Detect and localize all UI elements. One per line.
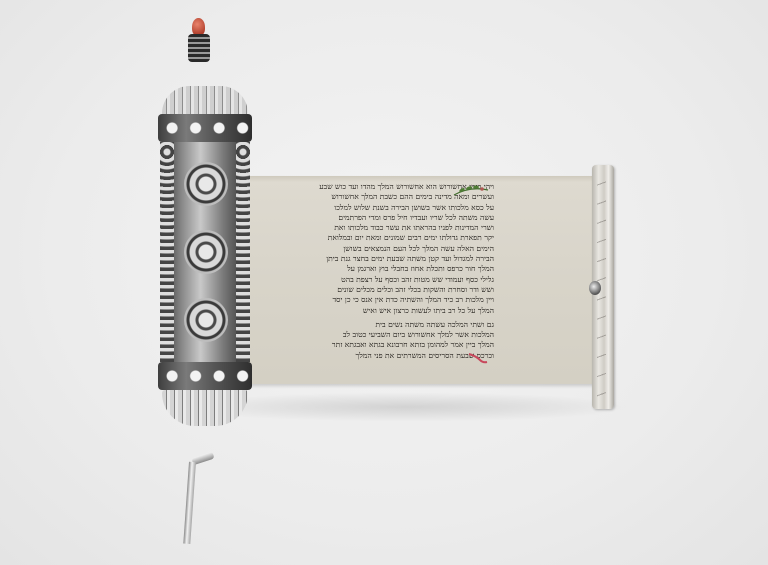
- text-line: ושש ודר וסחרת והשקות בכלי זהב וכלים מכלי…: [254, 285, 494, 295]
- fluted-top-dome: [162, 86, 248, 116]
- left-beaded-strip: [160, 142, 174, 362]
- bottom-decorative-band: [158, 362, 252, 390]
- text-line: המלך ביין אמר למהומן בזתא חרבונא בגתא וא…: [254, 340, 494, 350]
- top-decorative-band: [158, 114, 252, 142]
- text-line: המלך חור כרפס ותכלת אחוז בחבלי בוץ וארגמ…: [254, 264, 494, 274]
- finial-crown: [188, 34, 210, 62]
- text-line: ויין מלכות רב כיד המלך והשתיה כדת אין אנ…: [254, 295, 494, 305]
- silver-scroll-case: [158, 86, 252, 412]
- text-line: גלילי כסף ועמודי שש מטות זהב וכסף על רצפ…: [254, 275, 494, 285]
- text-line: המלך על כל רב ביתו לעשות כרצון איש ואיש: [254, 306, 494, 316]
- crank-handle-rod: [183, 462, 196, 544]
- rosette-ornament: [184, 298, 228, 342]
- hebrew-text-column: ויהי בימי אחשורוש הוא אחשורוש המלך מהדו …: [254, 182, 494, 361]
- text-line: יקר תפארת גדולתו ימים רבים שמונים ומאת י…: [254, 233, 494, 243]
- rosette-ornament: [184, 162, 228, 206]
- roller-knob: [589, 281, 601, 295]
- text-line: עשה משתה לכל שריו ועבדיו חיל פרס ומדי הפ…: [254, 213, 494, 223]
- text-line: גם ושתי המלכה עשתה משתה נשים בית: [254, 320, 494, 330]
- text-line: הימים האלה עשה המלך לכל העם הנמצאים בשוש…: [254, 244, 494, 254]
- text-line: וכרכס שבעת הסריסים המשרתים את פני המלך: [254, 351, 494, 361]
- red-ink-mark-icon: [468, 352, 488, 364]
- sprig-illumination-icon: [452, 184, 490, 198]
- photo-scene: ויהי בימי אחשורוש הוא אחשורוש המלך מהדו …: [0, 0, 768, 565]
- text-line: ושרי המדינות לפניו בהראתו את עשר כבוד מל…: [254, 223, 494, 233]
- scroll-roller-bar: [592, 165, 614, 409]
- rosette-ornament: [184, 230, 228, 274]
- text-line: המלכות אשר למלך אחשורוש ביום השביעי כטוב…: [254, 330, 494, 340]
- text-line: על כסא מלכותו אשר בשושן הבירה בשנת שלוש …: [254, 203, 494, 213]
- right-beaded-strip: [236, 142, 250, 362]
- case-body: [160, 142, 250, 362]
- text-line: הבירה למגדול ועד קטן משתה שבעת ימים בחצר…: [254, 254, 494, 264]
- parchment-scroll: ויהי בימי אחשורוש הוא אחשורוש המלך מהדו …: [246, 176, 594, 384]
